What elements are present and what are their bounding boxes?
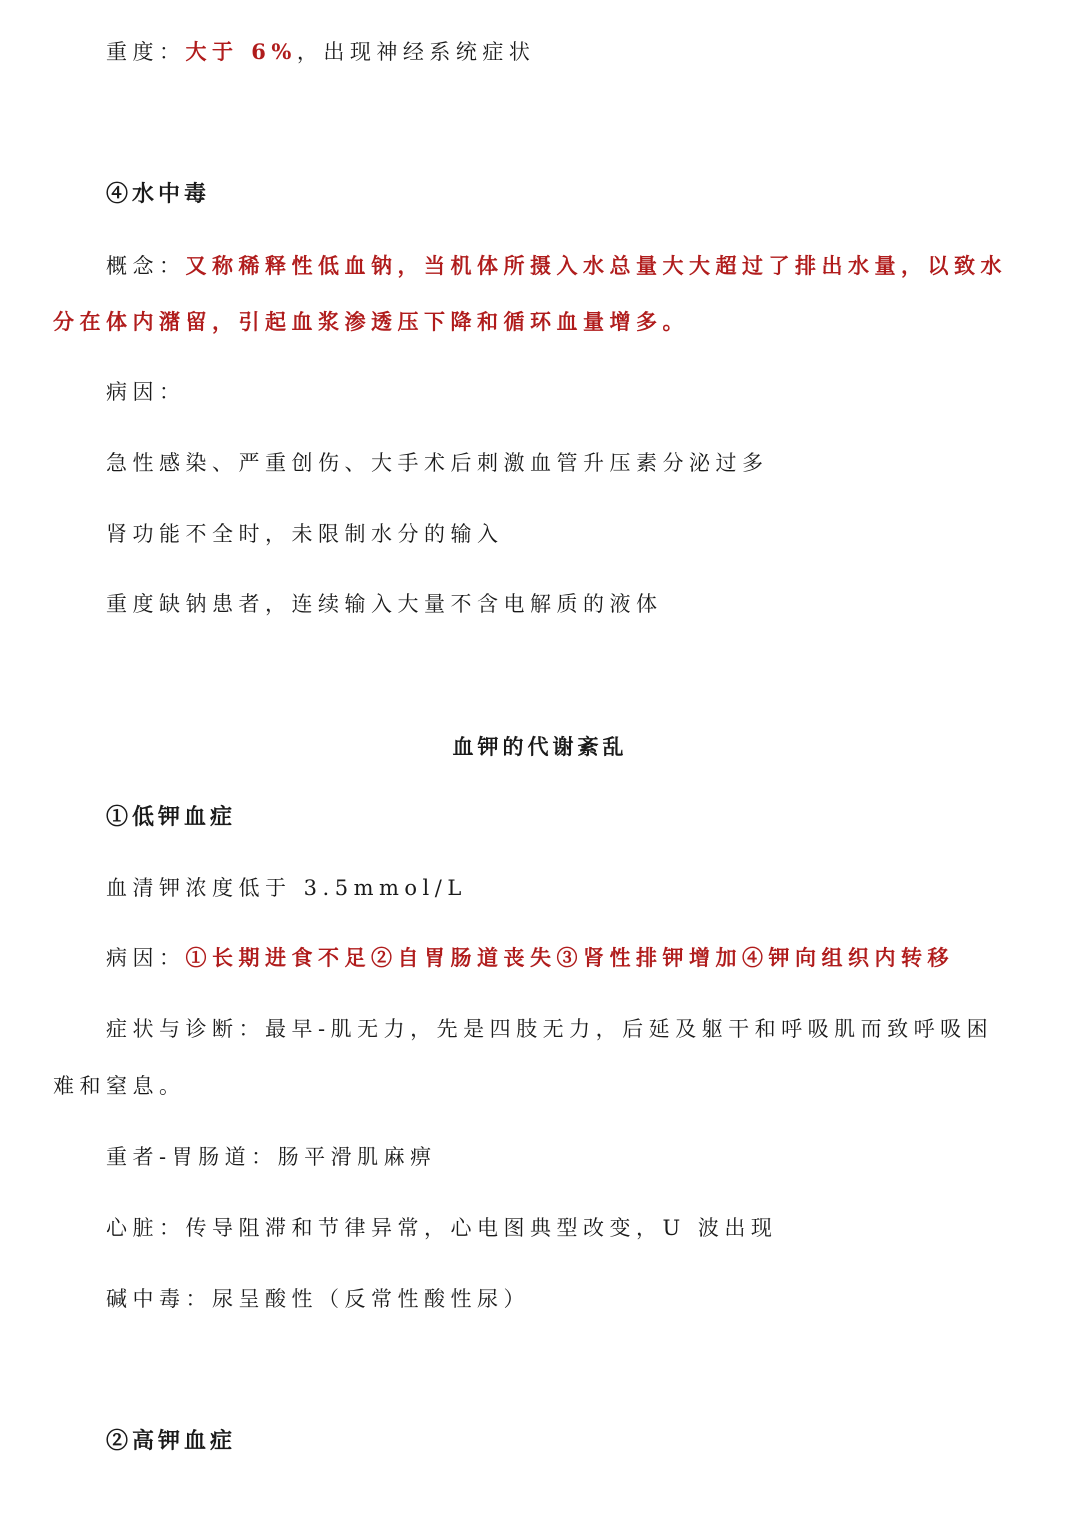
section-title: 血钾的代谢紊乱 (0, 732, 1080, 762)
concept-line-2: 分在体内潴留，引起血浆渗透压下降和循环血量增多。 (53, 307, 689, 337)
hypokalemia-causes: 病因：①长期进食不足②自胃肠道丧失③肾性排钾增加④钾向组织内转移 (106, 943, 954, 973)
circled-number-1: ① (106, 804, 132, 830)
concept-text-1: 又称稀释性低血钠，当机体所摄入水总量大大超过了排出水量，以致水 (186, 253, 1008, 278)
concept-line-1: 概念：又称稀释性低血钠，当机体所摄入水总量大大超过了排出水量，以致水 (106, 251, 1007, 281)
causes-label: 病因： (106, 377, 186, 407)
circled-number-4: ④ (106, 181, 132, 207)
heading-text: 低钾血症 (132, 804, 236, 830)
causes-label: 病因： (106, 946, 186, 970)
heart-symptom: 心脏：传导阻滞和节律异常，心电图典型改变，U 波出现 (106, 1213, 777, 1243)
alkalosis-symptom: 碱中毒：尿呈酸性（反常性酸性尿） (106, 1284, 530, 1314)
heading-text: 高钾血症 (132, 1428, 236, 1454)
water-intoxication-heading: ④水中毒 (106, 179, 210, 209)
severity-label: 重度： (106, 40, 186, 64)
severity-line: 重度：大于 6%，出现神经系统症状 (106, 37, 535, 67)
severity-description: ，出现神经系统症状 (297, 40, 536, 64)
concept-text-2: 分在体内潴留，引起血浆渗透压下降和循环血量增多。 (53, 309, 689, 334)
hypokalemia-heading: ①低钾血症 (106, 802, 236, 832)
cause-item: 肾功能不全时，未限制水分的输入 (106, 519, 504, 549)
severe-symptom: 重者-胃肠道：肠平滑肌麻痹 (106, 1142, 437, 1172)
circled-number-2: ② (106, 1428, 132, 1454)
severity-threshold: 大于 6% (186, 39, 297, 64)
concept-label: 概念： (106, 254, 186, 278)
symptoms-line-1: 症状与诊断：最早-肌无力，先是四肢无力，后延及躯干和呼吸肌而致呼吸困 (106, 1014, 993, 1044)
cause-item: 重度缺钠患者，连续输入大量不含电解质的液体 (106, 589, 663, 619)
symptoms-line-2: 难和窒息。 (53, 1071, 186, 1101)
hyperkalemia-heading: ②高钾血症 (106, 1426, 236, 1456)
causes-list: ①长期进食不足②自胃肠道丧失③肾性排钾增加④钾向组织内转移 (186, 945, 955, 970)
hypokalemia-definition: 血清钾浓度低于 3.5mmol/L (106, 873, 467, 903)
heading-text: 水中毒 (132, 181, 210, 207)
cause-item: 急性感染、严重创伤、大手术后刺激血管升压素分泌过多 (106, 448, 769, 478)
